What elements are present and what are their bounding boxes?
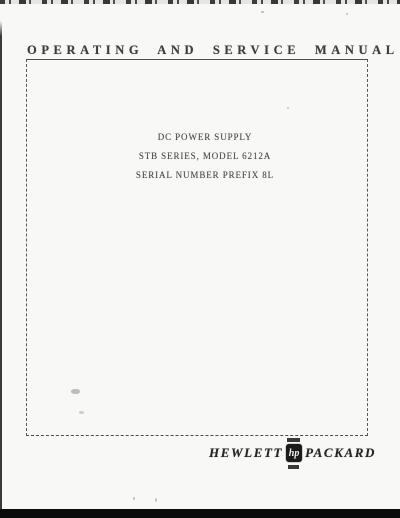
- scan-speck: [287, 107, 289, 109]
- scan-speck: [133, 497, 135, 500]
- scan-edge-artifact-top: [0, 0, 400, 4]
- product-series-model: STB SERIES, MODEL 6212A: [43, 147, 367, 166]
- cover-border-box: DC POWER SUPPLY STB SERIES, MODEL 6212A …: [26, 59, 368, 436]
- brand-packard: PACKARD: [305, 445, 376, 461]
- brand-logo-row: HEWLETT hp PACKARD: [209, 444, 376, 462]
- scan-speck: [155, 498, 157, 502]
- hp-logo-text: hp: [289, 448, 300, 459]
- product-serial-prefix: SERIAL NUMBER PREFIX 8L: [43, 166, 367, 185]
- scan-smudge: [71, 389, 80, 394]
- scan-edge-artifact-left: [0, 0, 2, 518]
- hp-logo-icon: hp: [286, 444, 302, 462]
- product-name: DC POWER SUPPLY: [43, 128, 367, 147]
- product-info: DC POWER SUPPLY STB SERIES, MODEL 6212A …: [27, 128, 367, 185]
- scan-edge-artifact-bottom: [0, 509, 400, 518]
- brand-hewlett: HEWLETT: [209, 445, 283, 461]
- scan-smudge: [79, 411, 84, 414]
- scan-speck: [261, 11, 264, 13]
- scan-speck: [346, 13, 348, 15]
- manual-title: OPERATING AND SERVICE MANUAL: [27, 43, 368, 58]
- scanned-manual-cover: OPERATING AND SERVICE MANUAL DC POWER SU…: [0, 0, 400, 518]
